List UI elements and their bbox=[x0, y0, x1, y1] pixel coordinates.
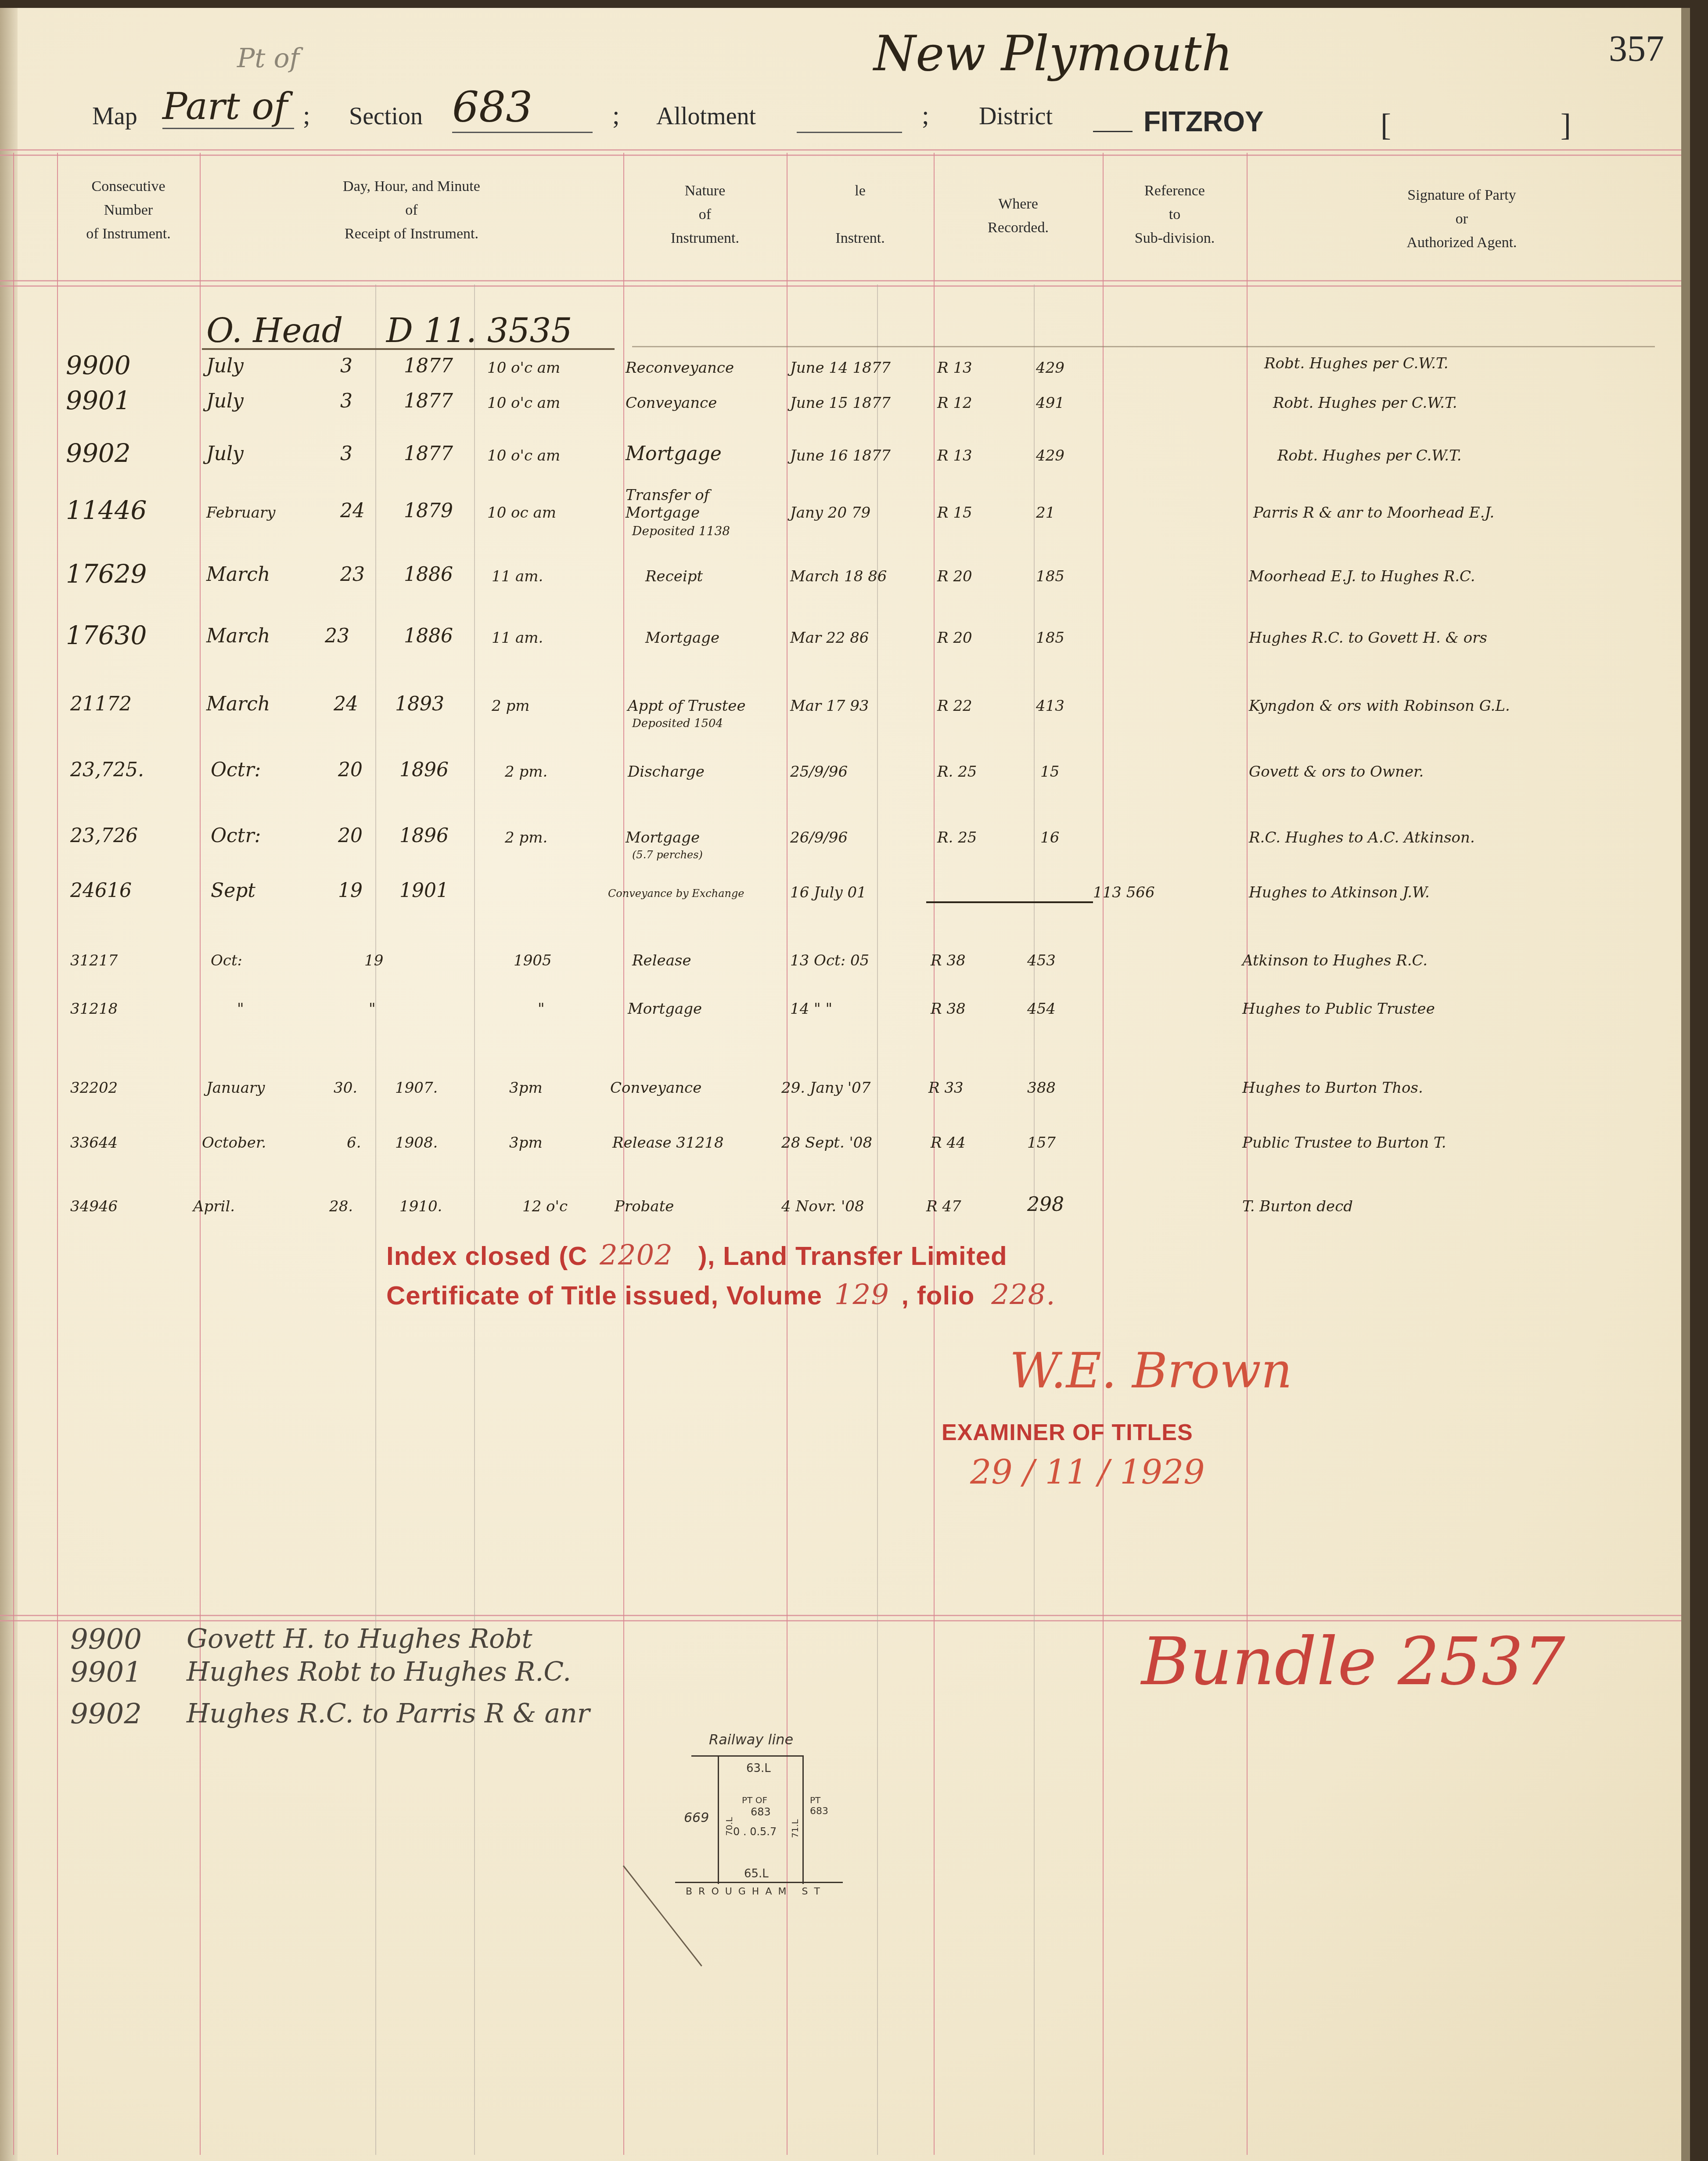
table-row: 23,725. Octr: 20 1896 2 pm. Discharge 25… bbox=[0, 754, 1690, 807]
year: 1877 bbox=[404, 443, 453, 465]
register-strike bbox=[926, 901, 1093, 903]
year: " bbox=[538, 1000, 545, 1018]
stamp-line1-prefix: Index closed (C bbox=[386, 1241, 587, 1271]
nature-note: Deposited 1138 bbox=[632, 524, 730, 538]
nature-note: (5.7 perches) bbox=[632, 849, 703, 861]
col-header-signature: Signature of Party or Authorized Agent. bbox=[1247, 184, 1677, 255]
signature: T. Burton decd bbox=[1242, 1198, 1353, 1215]
year: 1901 bbox=[399, 879, 449, 902]
nature: Mortgage bbox=[626, 443, 722, 465]
table-row: 9901 July 3 1877 10 o'c am Conveyance Ju… bbox=[0, 385, 1690, 438]
district-label: District bbox=[979, 102, 1053, 130]
year: 1907. bbox=[395, 1079, 438, 1097]
time: 12 o'c bbox=[522, 1198, 568, 1215]
nature: Discharge bbox=[628, 763, 705, 781]
bracket-close: ] bbox=[1561, 107, 1571, 143]
instrument-number: 9901 bbox=[66, 385, 131, 415]
day: 28. bbox=[329, 1198, 353, 1215]
time: 10 o'c am bbox=[487, 359, 560, 377]
register: R 13 bbox=[937, 447, 972, 465]
year: 1896 bbox=[399, 825, 449, 847]
bundle-note: Bundle 2537 bbox=[1141, 1624, 1565, 1700]
year: 1893 bbox=[395, 693, 444, 715]
month: July bbox=[206, 390, 244, 412]
plan-street-label: BROUGHAM ST bbox=[686, 1886, 826, 1897]
stamp-folio: 228. bbox=[982, 1279, 1056, 1311]
col-header-date-instrument: le Instrent. bbox=[787, 179, 934, 250]
register: R 47 bbox=[926, 1198, 961, 1215]
signature: Hughes to Public Trustee bbox=[1242, 1000, 1435, 1018]
table-row: 34946 April. 28. 1910. 12 o'c Probate 4 … bbox=[0, 1189, 1690, 1242]
table-row: 9902 July 3 1877 10 o'c am Mortgage June… bbox=[0, 438, 1690, 491]
nature: Mortgage bbox=[645, 629, 719, 647]
day: 24 bbox=[340, 500, 365, 522]
signature: Public Trustee to Burton T. bbox=[1242, 1134, 1446, 1152]
folio: 429 bbox=[1036, 447, 1064, 465]
month: April. bbox=[193, 1198, 235, 1215]
ref-line-number: D 11. 3535 bbox=[386, 311, 572, 350]
ref-rule bbox=[632, 346, 1655, 347]
signature: Atkinson to Hughes R.C. bbox=[1242, 952, 1428, 969]
plan-area: 0 . 0.5.7 bbox=[733, 1826, 777, 1838]
instrument-date: 26/9/96 bbox=[790, 829, 848, 846]
plan-railway-label: Railway line bbox=[709, 1731, 793, 1748]
stamp-volume: 129 bbox=[830, 1279, 894, 1311]
lower-index-number: 9900 bbox=[70, 1624, 142, 1656]
time: 11 am. bbox=[492, 568, 543, 585]
time: 2 pm. bbox=[505, 829, 547, 846]
folio: 413 bbox=[1036, 697, 1064, 715]
month: Sept bbox=[211, 879, 255, 902]
table-row: 24616 Sept 19 1901 Conveyance by Exchang… bbox=[0, 875, 1690, 928]
ref-underline bbox=[202, 348, 615, 350]
register: R 15 bbox=[937, 504, 972, 522]
examiner-date: 29 / 11 / 1929 bbox=[970, 1452, 1205, 1491]
map-value: Part of bbox=[162, 85, 294, 129]
nature: Conveyance bbox=[626, 394, 717, 412]
instrument-number: 32202 bbox=[70, 1079, 118, 1097]
month: Octr: bbox=[211, 759, 261, 781]
instrument-number: 23,726 bbox=[70, 825, 138, 847]
month: " bbox=[237, 1000, 244, 1018]
instrument-date: Mar 22 86 bbox=[790, 629, 869, 647]
instrument-number: 9900 bbox=[66, 350, 131, 380]
register: R. 25 bbox=[937, 829, 977, 846]
month: March bbox=[206, 625, 270, 647]
register: R. 25 bbox=[937, 763, 977, 781]
folio: 15 bbox=[1040, 763, 1059, 781]
instrument-number: 23,725. bbox=[70, 759, 144, 781]
section-value: 683 bbox=[452, 83, 593, 133]
section-label: Section bbox=[349, 102, 423, 130]
plan-right-lot-1: PT bbox=[810, 1795, 820, 1805]
signature: Robt. Hughes per C.W.T. bbox=[1277, 447, 1462, 465]
signature: Robt. Hughes per C.W.T. bbox=[1273, 394, 1457, 412]
register: R 12 bbox=[937, 394, 972, 412]
month: Oct: bbox=[211, 952, 242, 969]
lower-index-number: 9902 bbox=[70, 1698, 142, 1731]
stamp-index-number: 2202 bbox=[595, 1239, 690, 1272]
table-row: 23,726 Octr: 20 1896 2 pm. Mortgage (5.7… bbox=[0, 820, 1690, 873]
district-underline bbox=[1093, 131, 1133, 132]
instrument-number: 21172 bbox=[70, 693, 132, 715]
signature: Moorhead E.J. to Hughes R.C. bbox=[1249, 568, 1475, 585]
year: 1910. bbox=[399, 1198, 442, 1215]
table-row: 31217 Oct: 19 1905 Release 13 Oct: 05 R … bbox=[0, 943, 1690, 996]
year: 1879 bbox=[404, 500, 453, 522]
month: March bbox=[206, 563, 270, 586]
day: 19 bbox=[364, 952, 383, 969]
plan-left-dim: 70.L bbox=[724, 1817, 734, 1836]
day: 3 bbox=[340, 390, 352, 412]
nature: Conveyance by Exchange bbox=[608, 887, 744, 900]
instrument-number: 9902 bbox=[66, 438, 131, 468]
day: 19 bbox=[338, 879, 363, 902]
day: " bbox=[369, 1000, 376, 1018]
nature: Receipt bbox=[645, 568, 703, 585]
plan-right-dim: 71.L bbox=[790, 1819, 800, 1838]
signature: Hughes to Atkinson J.W. bbox=[1249, 884, 1430, 901]
nature: Reconveyance bbox=[626, 359, 734, 377]
subdivision-ref: 113 566 bbox=[1093, 884, 1155, 901]
nature-note: Deposited 1504 bbox=[632, 717, 723, 730]
lower-index-parties: Govett H. to Hughes Robt bbox=[187, 1624, 532, 1654]
instrument-date: June 16 1877 bbox=[790, 447, 891, 465]
instrument-number: 24616 bbox=[70, 879, 132, 902]
stamp-line2-prefix: Certificate of Title issued, Volume bbox=[386, 1281, 822, 1310]
instrument-number: 11446 bbox=[66, 495, 147, 525]
map-annotation: Pt of bbox=[237, 43, 299, 74]
town-title: New Plymouth bbox=[874, 25, 1233, 82]
table-row: 31218 " " " Mortgage 14 " " R 38 454 Hug… bbox=[0, 991, 1690, 1044]
nature: Mortgage bbox=[628, 1000, 702, 1018]
instrument-date: June 14 1877 bbox=[790, 359, 891, 377]
year: 1905 bbox=[514, 952, 552, 969]
time: 3pm bbox=[509, 1134, 543, 1152]
lower-section-rule-2 bbox=[0, 1620, 1681, 1621]
survey-plan: Railway line 63.L PT OF 683 0 . 0.5.7 70… bbox=[615, 1711, 1010, 1975]
separator: ; bbox=[612, 100, 620, 130]
plan-right-lot-2: 683 bbox=[810, 1806, 828, 1817]
instrument-date: Jany 20 79 bbox=[790, 504, 870, 522]
year: 1877 bbox=[404, 390, 453, 412]
allotment-label: Allotment bbox=[656, 102, 756, 130]
plan-street-line bbox=[675, 1882, 843, 1883]
year: 1886 bbox=[404, 625, 453, 647]
day: 3 bbox=[340, 355, 352, 377]
map-label: Map bbox=[92, 102, 137, 130]
month: March bbox=[206, 693, 270, 715]
page-number: 357 bbox=[1609, 28, 1664, 70]
table-row: 17630 March 23 1886 11 am. Mortgage Mar … bbox=[0, 620, 1690, 673]
plan-top-dim: 63.L bbox=[746, 1762, 771, 1775]
instrument-date: 29. Jany '07 bbox=[781, 1079, 870, 1097]
bracket-open: [ bbox=[1381, 107, 1391, 143]
examiner-signature: W.E. Brown bbox=[1010, 1343, 1292, 1399]
folio: 185 bbox=[1036, 629, 1064, 647]
signature: Govett & ors to Owner. bbox=[1249, 763, 1424, 781]
month: July bbox=[206, 443, 244, 465]
time: 10 o'c am bbox=[487, 447, 560, 465]
col-header-subdivision: Reference to Sub-division. bbox=[1103, 179, 1247, 250]
instrument-number: 17629 bbox=[66, 559, 147, 589]
nature: Transfer of Mortgage bbox=[626, 486, 775, 522]
plan-bottom-dim: 65.L bbox=[744, 1867, 769, 1880]
ref-line-text: O. Head bbox=[206, 311, 343, 350]
plan-center-label-1: PT OF bbox=[742, 1795, 767, 1805]
register: R 20 bbox=[937, 568, 972, 585]
register: R 38 bbox=[931, 952, 966, 969]
separator: ; bbox=[922, 100, 929, 130]
folio: 491 bbox=[1036, 394, 1064, 412]
year: 1886 bbox=[404, 563, 453, 586]
table-row: 32202 January 30. 1907. 3pm Conveyance 2… bbox=[0, 1070, 1690, 1123]
day: 23 bbox=[340, 563, 365, 586]
signature: R.C. Hughes to A.C. Atkinson. bbox=[1249, 829, 1475, 846]
nature: Probate bbox=[615, 1198, 674, 1215]
instrument-number: 33644 bbox=[70, 1134, 118, 1152]
district-value: FITZROY bbox=[1143, 105, 1264, 138]
folio: 21 bbox=[1036, 504, 1055, 522]
table-row: 11446 February 24 1879 10 oc am Transfer… bbox=[0, 495, 1690, 548]
col-header-number: Consecutive Number of Instrument. bbox=[57, 175, 200, 246]
day: 6. bbox=[347, 1134, 361, 1152]
time: 10 o'c am bbox=[487, 394, 560, 412]
separator: ; bbox=[303, 100, 310, 130]
nature: Conveyance bbox=[610, 1079, 701, 1097]
examiner-label: EXAMINER OF TITLES bbox=[942, 1419, 1193, 1446]
instrument-date: 28 Sept. '08 bbox=[781, 1134, 872, 1152]
nature: Release 31218 bbox=[612, 1134, 724, 1152]
register: R 33 bbox=[928, 1079, 964, 1097]
plan-diagonal-line bbox=[623, 1866, 702, 1967]
time: 2 pm. bbox=[505, 763, 547, 781]
register: R 20 bbox=[937, 629, 972, 647]
instrument-date: 14 " " bbox=[790, 1000, 832, 1018]
folio: 16 bbox=[1040, 829, 1059, 846]
instrument-number: 17630 bbox=[66, 620, 147, 650]
folio: 453 bbox=[1027, 952, 1056, 969]
instrument-date: 16 July 01 bbox=[790, 884, 867, 901]
instrument-number: 31218 bbox=[70, 1000, 118, 1018]
lower-index-parties: Hughes R.C. to Parris R & anr bbox=[187, 1698, 590, 1729]
instrument-date: June 15 1877 bbox=[790, 394, 891, 412]
instrument-number: 34946 bbox=[70, 1198, 118, 1215]
col-header-nature: Nature of Instrument. bbox=[623, 179, 787, 250]
time: 11 am. bbox=[492, 629, 543, 647]
lower-index-parties: Hughes Robt to Hughes R.C. bbox=[187, 1657, 571, 1687]
folio: 298 bbox=[1027, 1193, 1064, 1216]
lower-section-rule bbox=[0, 1615, 1681, 1616]
year: 1908. bbox=[395, 1134, 438, 1152]
plan-center-label-2: 683 bbox=[751, 1806, 771, 1818]
register: R 13 bbox=[937, 359, 972, 377]
ledger-page: New Plymouth 357 Pt of Map Part of ; Sec… bbox=[0, 8, 1690, 2161]
signature: Kyngdon & ors with Robinson G.L. bbox=[1249, 697, 1510, 715]
day: 20 bbox=[338, 759, 363, 781]
month: January bbox=[206, 1079, 265, 1097]
table-row: 17629 March 23 1886 11 am. Receipt March… bbox=[0, 559, 1690, 612]
table-row: 33644 October. 6. 1908. 3pm Release 3121… bbox=[0, 1125, 1690, 1178]
folio: 157 bbox=[1027, 1134, 1056, 1152]
register: R 38 bbox=[931, 1000, 966, 1018]
signature: Parris R & anr to Moorhead E.J. bbox=[1253, 504, 1494, 522]
register: R 22 bbox=[937, 697, 972, 715]
allotment-value bbox=[797, 131, 902, 133]
time: 2 pm bbox=[492, 697, 529, 715]
month: July bbox=[206, 355, 244, 377]
folio: 185 bbox=[1036, 568, 1064, 585]
lower-index-number: 9901 bbox=[70, 1657, 142, 1689]
day: 30. bbox=[334, 1079, 357, 1097]
col-header-where-recorded: Where Recorded. bbox=[934, 192, 1103, 240]
folio: 388 bbox=[1027, 1079, 1056, 1097]
table-row: 21172 March 24 1893 2 pm Appt of Trustee… bbox=[0, 688, 1690, 741]
day: 23 bbox=[325, 625, 349, 647]
stamp-folio-label: , folio bbox=[902, 1281, 975, 1310]
plan-left-lot: 669 bbox=[684, 1810, 709, 1826]
month: October. bbox=[202, 1134, 266, 1152]
day: 24 bbox=[334, 693, 358, 715]
header-rule-top-2 bbox=[0, 155, 1681, 156]
instrument-date: March 18 86 bbox=[790, 568, 887, 585]
signature: Robt. Hughes per C.W.T. bbox=[1264, 355, 1449, 372]
folio: 454 bbox=[1027, 1000, 1056, 1018]
col-header-receipt: Day, Hour, and Minute of Receipt of Inst… bbox=[200, 175, 623, 246]
instrument-date: 25/9/96 bbox=[790, 763, 848, 781]
stamp-line1-suffix: ), Land Transfer Limited bbox=[698, 1241, 1007, 1271]
day: 3 bbox=[340, 443, 352, 465]
month: Octr: bbox=[211, 825, 261, 847]
signature: Hughes R.C. to Govett H. & ors bbox=[1249, 629, 1487, 647]
instrument-date: Mar 17 93 bbox=[790, 697, 869, 715]
year: 1896 bbox=[399, 759, 449, 781]
instrument-date: 13 Oct: 05 bbox=[790, 952, 869, 969]
index-closed-stamp: Index closed (C 2202 ), Land Transfer Li… bbox=[386, 1239, 1007, 1272]
month: February bbox=[206, 504, 276, 522]
nature: Mortgage bbox=[626, 829, 700, 846]
certificate-stamp: Certificate of Title issued, Volume 129 … bbox=[386, 1279, 1056, 1311]
folio: 429 bbox=[1036, 359, 1064, 377]
nature: Appt of Trustee bbox=[628, 697, 746, 715]
signature: Hughes to Burton Thos. bbox=[1242, 1079, 1423, 1097]
header-rule-bottom bbox=[0, 280, 1681, 281]
instrument-date: 4 Novr. '08 bbox=[781, 1198, 864, 1215]
instrument-number: 31217 bbox=[70, 952, 118, 969]
year: 1877 bbox=[404, 355, 453, 377]
time: 10 oc am bbox=[487, 504, 556, 522]
header-rule-top bbox=[0, 149, 1681, 151]
register: R 44 bbox=[931, 1134, 966, 1152]
nature: Release bbox=[632, 952, 691, 969]
header-rule-bottom-2 bbox=[0, 285, 1681, 287]
day: 20 bbox=[338, 825, 363, 847]
time: 3pm bbox=[509, 1079, 543, 1097]
